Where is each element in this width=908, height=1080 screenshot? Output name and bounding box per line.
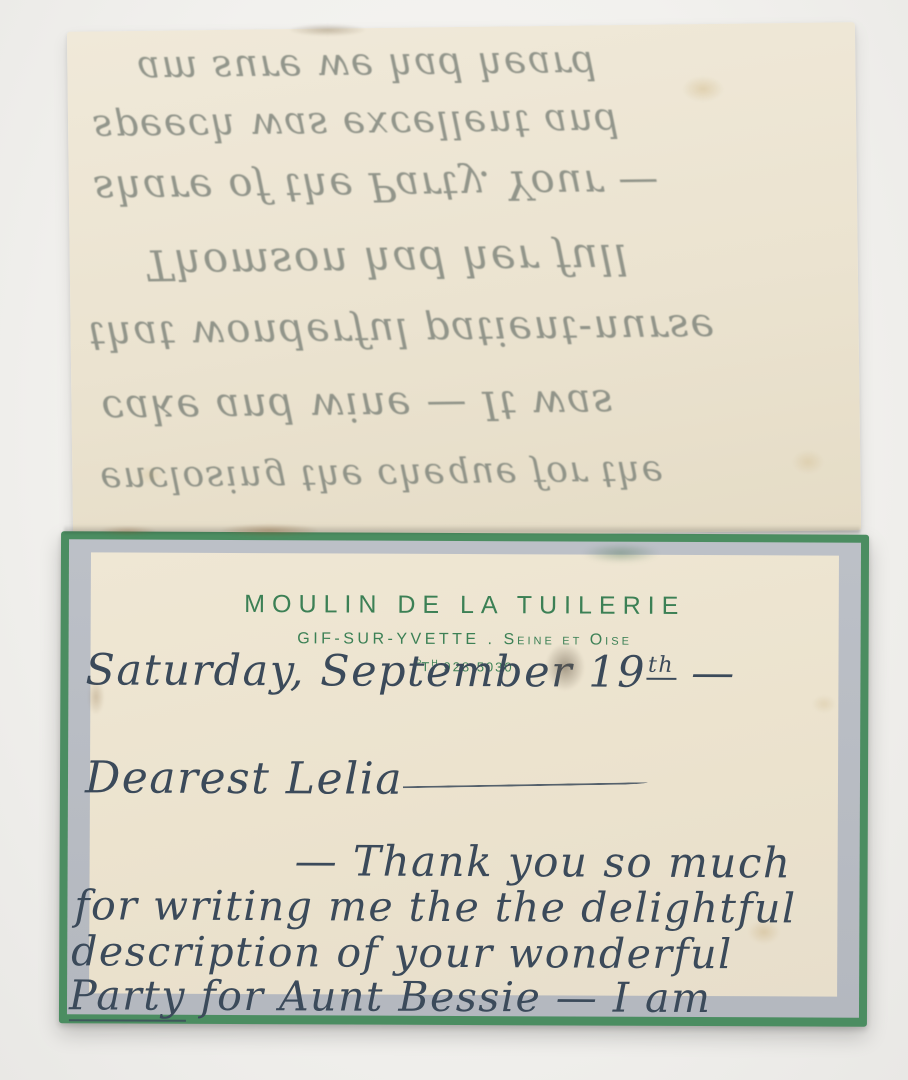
date-ordinal: th xyxy=(646,652,676,679)
salutation-flourish xyxy=(403,782,648,788)
transfer-line-2: speech was excellent and xyxy=(93,97,621,153)
body-line-4-rest: for Aunt Bessie — I am xyxy=(186,972,712,1022)
transfer-line-3: share of the Party. Your — xyxy=(94,157,661,216)
transfer-line-5: that wonderful patient-nurse xyxy=(88,302,716,362)
photo-of-letter: { "photo": { "background_color": "#f2f1e… xyxy=(0,0,908,1080)
salutation-text: Dearest Lelia xyxy=(85,752,403,804)
date-text: Saturday, September 19 xyxy=(85,645,646,697)
date-dash: — xyxy=(676,648,736,698)
fold-shadow xyxy=(64,525,860,534)
handwritten-date: Saturday, September 19th — xyxy=(85,643,735,702)
card-front: MOULIN DE LA TUILERIE GIF-SUR-YVETTE . S… xyxy=(59,531,869,1027)
letterhead-name: MOULIN DE LA TUILERIE xyxy=(61,589,869,622)
transfer-line-1: am sure we had heard xyxy=(137,39,598,94)
transfer-line-6: cake and wine — It was xyxy=(101,377,615,435)
body-line-4-underlined-word: Party xyxy=(69,971,186,1022)
salutation: Dearest Lelia xyxy=(85,749,648,809)
transfer-line-7: enclosing the cheque for the xyxy=(100,449,665,503)
card-back-flap: am sure we had heard speech was excellen… xyxy=(67,22,861,540)
transfer-line-4: Thomson had her full xyxy=(144,231,629,292)
body-line-4: Party for Aunt Bessie — I am xyxy=(69,969,712,1025)
